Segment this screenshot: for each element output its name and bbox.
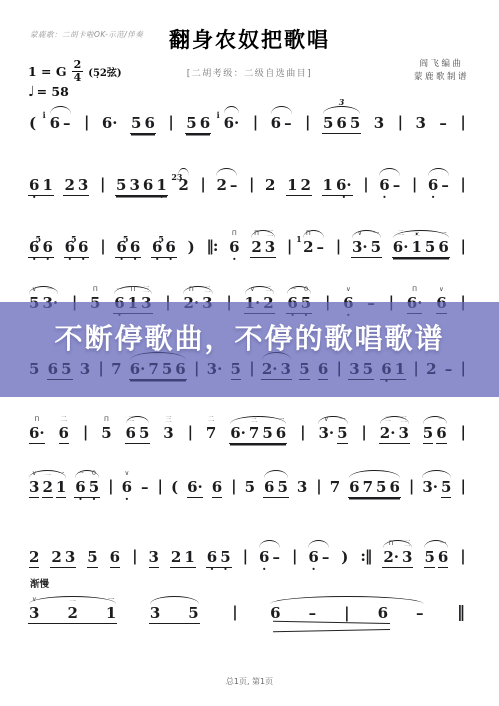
note-token: 一6 xyxy=(276,425,286,441)
note-group: 5 xyxy=(86,548,98,567)
note-value: 3 xyxy=(80,360,90,378)
note-group: 56 xyxy=(185,114,211,134)
slur-arc xyxy=(379,168,400,176)
note-token: 56· xyxy=(42,239,52,255)
bowing-mark: 一 xyxy=(339,411,346,427)
note-token: 5 xyxy=(231,361,241,377)
barline: | xyxy=(408,478,414,494)
beam-group: 6·1 xyxy=(380,361,406,380)
note-value: 6· xyxy=(102,114,118,132)
barline: :‖ xyxy=(359,548,372,564)
beam-group: 6·56· xyxy=(28,239,54,258)
note-token: 三1· xyxy=(411,239,421,255)
barline: | xyxy=(324,294,330,310)
note-group: ∨3二2一1 xyxy=(28,478,67,497)
bowing-mark: 三 xyxy=(267,225,274,241)
barline: | xyxy=(304,114,310,130)
note-token: ) xyxy=(188,239,195,255)
beam-group: 3· xyxy=(206,361,224,379)
beam-group: 65 xyxy=(47,361,73,380)
slur-arc xyxy=(216,168,237,176)
beam-group: 6756 xyxy=(348,479,401,498)
bowing-mark: 一 xyxy=(108,591,115,607)
note-token: 一6 xyxy=(438,239,448,255)
note-value: 5 xyxy=(441,478,451,498)
note-token: ∨3 xyxy=(29,479,39,495)
beam-group: 6·– xyxy=(427,177,450,195)
note-group: – xyxy=(438,114,448,133)
beam-group: Π2·三3 xyxy=(382,549,413,568)
note-token: 5 xyxy=(162,361,172,377)
note-token: 6 xyxy=(271,115,281,131)
barline: | xyxy=(459,548,465,564)
note-token: 6 xyxy=(318,361,328,377)
low-octave-dot: · xyxy=(133,256,137,263)
beam-group: 二2·三3 xyxy=(379,425,410,444)
note-token: 二2· xyxy=(380,425,396,441)
note-value: 5 xyxy=(350,114,360,132)
note-value: | xyxy=(344,604,349,622)
note-token: ( xyxy=(29,115,36,131)
note-value: – xyxy=(393,176,401,194)
note-value: 6 xyxy=(438,548,448,568)
barline: | xyxy=(97,360,103,376)
beam-group: 6· xyxy=(101,115,119,133)
low-octave-dot: · xyxy=(210,566,214,573)
tempo-value: = 58 xyxy=(37,84,69,99)
note-token: 6 xyxy=(212,479,222,495)
beam-group: 5361· xyxy=(115,177,168,196)
note-group: 6·三75一6 xyxy=(229,424,287,444)
note-group: 35 xyxy=(348,360,374,380)
barline: | xyxy=(107,478,113,494)
note-token: 2 xyxy=(265,177,275,193)
decrescendo-hairpin xyxy=(273,623,390,630)
note-value: 6· xyxy=(407,294,423,314)
beam-group: – xyxy=(444,361,454,379)
barline: | xyxy=(252,114,258,130)
note-token: 5 xyxy=(363,361,373,377)
barline: | xyxy=(336,360,342,376)
note-token: 3 xyxy=(65,549,75,565)
note-value: – xyxy=(445,360,453,378)
slur-arc xyxy=(349,470,400,478)
note-token: 5 xyxy=(186,115,196,131)
note-token: – xyxy=(441,177,449,193)
beam-group: 16·· xyxy=(322,177,353,196)
note-group: i6· xyxy=(223,114,241,133)
note-group: 3 xyxy=(415,114,427,133)
note-value: 6 xyxy=(270,604,280,622)
note-group: 二65 xyxy=(125,424,151,444)
beam-group: 7 xyxy=(110,361,122,379)
note-token: – xyxy=(309,605,317,621)
note-value: 6 xyxy=(389,478,399,496)
barline: | xyxy=(248,360,254,376)
note-token: 二2 xyxy=(263,295,273,311)
note-group: ∨6· xyxy=(121,478,133,497)
note-token: – xyxy=(439,115,447,131)
bowing-mark: Π xyxy=(130,281,135,297)
low-octave-dot: · xyxy=(81,256,85,263)
barline: | xyxy=(459,238,465,254)
beam-group: 565 xyxy=(322,115,361,134)
note-token: 二6· xyxy=(393,239,409,255)
score-line: ∨3二2一135|6–|6–‖ xyxy=(28,604,466,624)
note-value: 6 xyxy=(59,424,69,444)
note-token: 三7 xyxy=(249,425,259,441)
slur-arc xyxy=(262,352,291,360)
note-value: ( xyxy=(171,478,178,496)
low-octave-dot: · xyxy=(125,496,129,503)
note-value: 5 xyxy=(116,176,126,194)
note-group: ∨6· xyxy=(342,294,354,313)
note-group: Π2·三3 xyxy=(382,548,413,568)
bowing-mark: 一 xyxy=(440,225,447,241)
note-value: 6 xyxy=(264,478,274,496)
low-octave-dot: · xyxy=(312,566,316,573)
note-value: 3 xyxy=(150,604,160,622)
note-token: 3 xyxy=(297,479,307,495)
note-token: 1 xyxy=(184,549,194,565)
bowing-mark: 一 xyxy=(77,465,84,481)
note-token: 6· xyxy=(102,115,118,131)
note-token: 3· xyxy=(422,479,438,495)
note-group: 5一6 xyxy=(422,424,448,443)
note-value: 5 xyxy=(299,360,309,380)
note-value: – xyxy=(322,548,330,566)
note-group: 6 xyxy=(211,478,223,497)
score-line: 5653|76·756|3·5|2·356|356·1|2–| xyxy=(28,360,466,380)
beam-group: 5一6 xyxy=(422,425,448,443)
note-token: 5· xyxy=(220,549,230,565)
low-octave-dot: · xyxy=(155,256,159,263)
note-token: 1 xyxy=(395,361,405,377)
barline: | xyxy=(286,238,292,254)
note-group: 一6·05· xyxy=(74,478,100,498)
watermark-band: 不断停歌曲，不停的歌唱歌谱 xyxy=(0,302,499,397)
note-token: 5 xyxy=(323,115,333,131)
note-value: – xyxy=(230,176,238,194)
note-token: – xyxy=(284,115,292,131)
note-group: i6– xyxy=(49,114,72,133)
note-token: 2 xyxy=(426,361,436,377)
note-value: 1 xyxy=(42,176,52,194)
barline: ‖ xyxy=(456,604,466,620)
note-value: 2 xyxy=(42,478,52,498)
bowing-mark: ∨ xyxy=(439,281,444,297)
ritardando-label: 渐慢 xyxy=(30,576,49,590)
low-octave-dot: · xyxy=(46,256,50,263)
beam-group: 35 xyxy=(149,605,200,624)
note-token: 56· xyxy=(130,239,140,255)
note-value: – xyxy=(439,114,447,132)
note-value: 7 xyxy=(363,478,373,496)
bowing-mark: 一 xyxy=(289,281,296,297)
note-value: 5 xyxy=(425,238,435,256)
low-octave-dot: · xyxy=(262,566,266,573)
beam-group: 3 xyxy=(79,361,91,379)
note-token: 6 xyxy=(200,115,210,131)
note-value: 6 xyxy=(200,114,210,132)
bowing-mark: 一 xyxy=(373,225,380,241)
score-line: 22356|3216·5·|6·–|6·–):‖Π2·三35一6| xyxy=(28,548,466,568)
bowing-mark: ∨ xyxy=(32,591,37,607)
beam-group: 5 xyxy=(86,549,98,567)
note-token: 一6 xyxy=(438,549,448,565)
beam-group: ) xyxy=(187,239,196,257)
note-group: 6– xyxy=(270,114,293,133)
note-group: – xyxy=(140,478,150,497)
note-token: ∨5 xyxy=(29,295,39,311)
note-value: 7 xyxy=(330,478,340,496)
slur-arc xyxy=(150,596,199,604)
bowing-mark: 二 xyxy=(127,411,134,427)
note-value: 5 xyxy=(376,478,386,496)
note-group: 2·3 xyxy=(261,360,292,380)
note-token: – xyxy=(141,479,149,495)
note-token: 3 xyxy=(281,361,291,377)
beam-group: ∨6· xyxy=(121,479,133,497)
note-token: i6· xyxy=(224,115,240,131)
beam-group: 一6·05· xyxy=(74,479,100,498)
note-token: 3· xyxy=(207,361,223,377)
bowing-mark: 一 xyxy=(116,281,123,297)
note-token: ∨6· xyxy=(122,479,132,495)
low-octave-dot: · xyxy=(32,194,36,201)
bowing-mark: Π xyxy=(412,281,417,297)
note-group: 65 xyxy=(47,360,73,380)
slur-arc xyxy=(130,352,186,360)
note-token: 二2 xyxy=(67,605,77,621)
note-value: 5 xyxy=(424,548,434,568)
note-group: 2– xyxy=(215,176,238,195)
barline: | xyxy=(157,478,163,494)
note-token: 2 xyxy=(171,549,181,565)
beam-group: 6·– xyxy=(258,549,281,567)
note-group: 6·56· xyxy=(64,238,90,258)
note-group: Π6· xyxy=(406,294,424,313)
barline: | xyxy=(225,294,231,310)
note-value: 3 xyxy=(65,548,75,566)
low-octave-dot: · xyxy=(120,256,124,263)
barline: | xyxy=(459,360,465,376)
note-value: 5 xyxy=(337,424,347,444)
barline: | xyxy=(412,360,418,376)
note-value: 3 xyxy=(349,360,359,378)
note-token: 一3· xyxy=(42,295,58,311)
barline: | xyxy=(459,114,465,130)
barline: | xyxy=(199,176,205,192)
note-value: 1 xyxy=(287,176,297,194)
note-group: 一6·Π1三3 xyxy=(113,294,152,314)
note-token: 5 xyxy=(277,479,287,495)
note-token: 5 xyxy=(424,549,434,565)
note-value: 3· xyxy=(207,360,223,378)
note-token: ∨1· xyxy=(245,295,261,311)
note-value: 3 xyxy=(297,478,307,496)
note-group: Π2三3 xyxy=(250,238,276,258)
note-token: Π2 xyxy=(251,239,261,255)
bowing-mark: Π xyxy=(189,281,194,297)
note-token: ∨6· xyxy=(343,295,353,311)
note-group: 6·– xyxy=(427,176,450,195)
low-octave-dot: · xyxy=(117,312,121,319)
note-token: 7 xyxy=(111,361,121,377)
barline: | xyxy=(131,548,137,564)
beam-group: 65 xyxy=(263,479,289,498)
note-token: 1 xyxy=(287,177,297,193)
note-group: 5361· xyxy=(115,176,168,196)
note-group: 3 xyxy=(79,360,91,379)
beam-group: 6 xyxy=(317,361,329,379)
note-token: 三3 xyxy=(265,239,275,255)
bowing-mark: Π xyxy=(93,281,98,297)
low-octave-dot: · xyxy=(169,256,173,263)
note-group: 6·– xyxy=(378,176,401,195)
bowing-mark: 一 xyxy=(47,281,54,297)
barline: | xyxy=(164,294,170,310)
note-token: 5 xyxy=(441,479,451,495)
note-value: 3· xyxy=(422,478,438,496)
bowing-mark: 二 xyxy=(44,465,51,481)
barline: | xyxy=(388,294,394,310)
note-value: – xyxy=(441,176,449,194)
note-token: 56· xyxy=(78,239,88,255)
note-token: 一1 xyxy=(56,479,66,495)
note-token: 6 xyxy=(48,361,58,377)
note-value: – xyxy=(317,238,325,256)
note-token: 3 xyxy=(149,549,159,565)
note-token: 1Π2 xyxy=(303,239,313,255)
beam-group: ( xyxy=(170,479,179,497)
note-token: 三3 xyxy=(163,425,173,441)
note-token: ( xyxy=(171,479,178,495)
note-value: 5 xyxy=(231,360,241,380)
bowing-mark: ∨ xyxy=(32,465,37,481)
beam-group: 3 xyxy=(415,115,427,133)
note-group: 2 xyxy=(28,548,40,567)
bowing-mark: 一 xyxy=(278,411,285,427)
low-octave-dot: · xyxy=(32,256,36,263)
beam-group: – xyxy=(366,295,376,313)
note-value: 6 xyxy=(48,360,58,378)
note-token: i6 xyxy=(50,115,60,131)
beam-group: 23 xyxy=(63,177,89,196)
note-token: Π5 xyxy=(101,425,111,441)
note-value: 3 xyxy=(374,114,384,132)
note-value: 6 xyxy=(175,360,185,378)
note-token: 一6· xyxy=(114,295,124,311)
note-token: ) xyxy=(341,549,348,565)
beam-group: Π2三3 xyxy=(250,239,276,258)
barline: | xyxy=(83,114,89,130)
note-group: 6–|6– xyxy=(269,604,424,623)
note-value: 5 xyxy=(87,548,97,568)
grace-note: 5 xyxy=(35,231,41,247)
note-token: 二6 xyxy=(126,425,136,441)
note-value: – xyxy=(367,294,375,312)
note-group: 7 xyxy=(329,478,341,497)
bowing-mark: 三 xyxy=(165,411,172,427)
beam-group: 6·– xyxy=(378,177,401,195)
note-value: 5 xyxy=(277,478,287,496)
note-value: – xyxy=(416,604,424,622)
note-value: 5 xyxy=(29,360,39,378)
note-token: – xyxy=(416,605,424,621)
score-line: Π6·二6|Π5二65三3|二76·三75一6|∨3·一5|二2·三35一6| xyxy=(28,424,466,444)
low-octave-dot: · xyxy=(290,312,294,319)
note-group: 6·5· xyxy=(206,548,232,568)
barline: | xyxy=(335,238,341,254)
bowing-mark: 一 xyxy=(440,535,447,551)
note-value: 2 xyxy=(51,548,61,566)
bowing-mark: Π xyxy=(306,225,311,241)
bowing-mark: 一 xyxy=(438,411,445,427)
note-token: 6· xyxy=(29,177,39,193)
note-token: Π2· xyxy=(383,549,399,565)
note-token: 6· xyxy=(130,361,146,377)
note-token: 5 xyxy=(350,115,360,131)
note-token: 三3 xyxy=(402,549,412,565)
slur-arc xyxy=(428,168,449,176)
note-token: 6 xyxy=(144,115,154,131)
barline: | xyxy=(459,176,465,192)
note-token: 7 xyxy=(330,479,340,495)
bowing-mark: Π xyxy=(104,411,109,427)
note-value: 3 xyxy=(281,360,291,378)
note-group: 2 xyxy=(264,176,276,195)
note-group: 6·– xyxy=(307,548,330,567)
bowing-mark: Π xyxy=(254,225,259,241)
beam-group: i6– xyxy=(49,115,72,133)
note-value: 2 xyxy=(29,548,39,568)
bowing-mark: 0 xyxy=(92,465,96,481)
beam-group: – xyxy=(140,479,150,497)
note-token: – xyxy=(445,361,453,377)
note-token: 一1 xyxy=(106,605,116,621)
note-group: 23 xyxy=(63,176,89,196)
note-token: 5 xyxy=(29,361,39,377)
note-value: – xyxy=(284,114,292,132)
note-value: 1 xyxy=(56,478,66,498)
note-token: 7 xyxy=(363,479,373,495)
note-token: 1 xyxy=(42,177,52,193)
note-token: 三3 xyxy=(398,425,408,441)
beam-group: ( xyxy=(28,115,37,133)
note-value: 2 xyxy=(265,176,275,194)
note-token: 6 xyxy=(175,361,185,377)
beam-group: ∨3·一5 xyxy=(317,425,348,443)
note-token: 5 xyxy=(423,425,433,441)
tuplet-number: 3 xyxy=(339,97,345,107)
note-token: 三3 xyxy=(202,295,212,311)
note-token: 6·· xyxy=(336,177,352,193)
score-line: 6·56·6·56·|6·56·6·56·)‖:Π6·Π2三3|1Π2–|∨3·… xyxy=(28,238,466,258)
note-token: ∨3· xyxy=(352,239,368,255)
bowing-mark: 一 xyxy=(58,465,65,481)
high-octave-dot: · xyxy=(415,231,419,238)
beam-group: 6– xyxy=(270,115,293,133)
note-value: 6 xyxy=(436,424,446,444)
score-line: ∨3二2一1一6·05·|∨6·–|(6·6|5653|76756|3·5| xyxy=(28,478,466,498)
barline: | xyxy=(299,424,305,440)
note-value: 6 xyxy=(144,114,154,132)
beam-group: ∨3·一5 xyxy=(351,239,382,258)
note-token: 3 xyxy=(416,115,426,131)
note-value: 1 xyxy=(184,548,194,566)
note-group: 3·5 xyxy=(421,478,452,497)
